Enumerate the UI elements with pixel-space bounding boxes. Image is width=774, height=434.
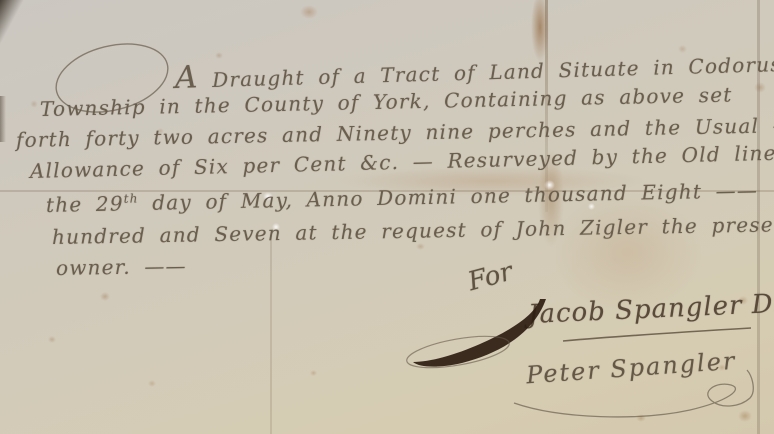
document-photo: A Draught of a Tract of Land Situate in …: [0, 0, 774, 434]
manuscript-line-7: owner. ——: [56, 254, 187, 280]
ordinal-superscript: th: [124, 191, 139, 205]
paper-edge-shadow: [0, 96, 6, 142]
fold-crease-vertical-bottom: [270, 235, 272, 434]
photo-corner-shadow: [0, 0, 28, 48]
manuscript-line-5-text: the 29: [46, 191, 124, 217]
